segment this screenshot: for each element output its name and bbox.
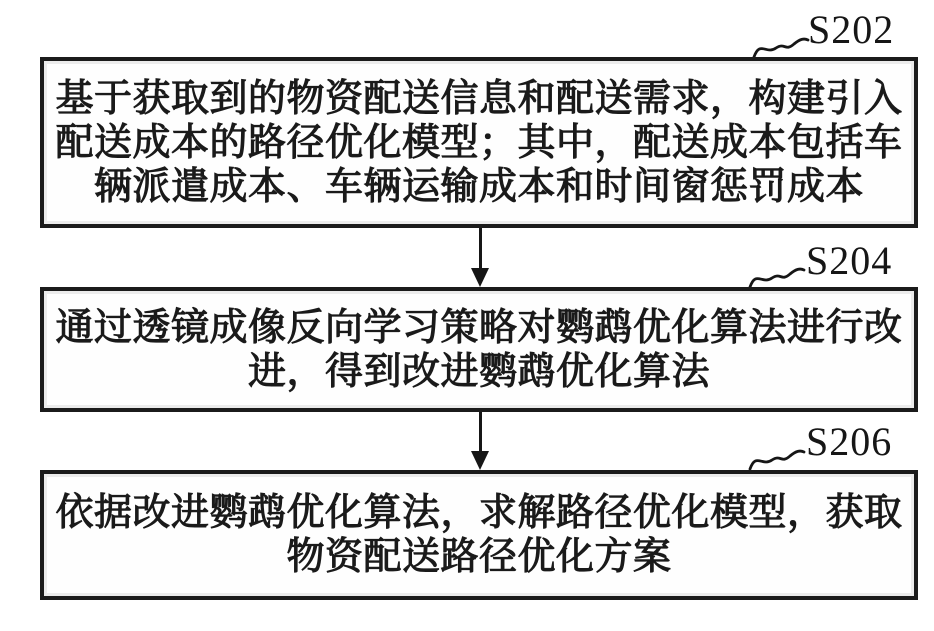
process-text-line: 进，得到改进鹦鹉优化算法 bbox=[248, 350, 710, 394]
process-text-line: 通过透镜成像反向学习策略对鹦鹉优化算法进行改 bbox=[55, 306, 902, 350]
process-text-line: 基于获取到的物资配送信息和配送需求，构建引入 bbox=[55, 77, 902, 121]
process-box-s202: 基于获取到的物资配送信息和配送需求，构建引入 配送成本的路径优化模型；其中，配送… bbox=[40, 57, 918, 228]
leader-squiggle-icon bbox=[748, 439, 806, 471]
patent-flowchart-figure: S202 基于获取到的物资配送信息和配送需求，构建引入 配送成本的路径优化模型；… bbox=[0, 0, 934, 631]
process-text-line: 辆派遣成本、车辆运输成本和时间窗惩罚成本 bbox=[94, 165, 864, 209]
process-text-line: 依据改进鹦鹉优化算法，求解路径优化模型，获取 bbox=[55, 491, 902, 535]
process-text-line: 配送成本的路径优化模型；其中，配送成本包括车 bbox=[55, 121, 902, 165]
leader-squiggle-icon bbox=[748, 257, 806, 289]
arrow-head bbox=[471, 451, 489, 470]
leader-squiggle-icon bbox=[752, 27, 810, 59]
process-box-s204: 通过透镜成像反向学习策略对鹦鹉优化算法进行改 进，得到改进鹦鹉优化算法 bbox=[40, 287, 918, 412]
flow-arrow-down-icon bbox=[471, 228, 489, 287]
step-reference-s204: S204 bbox=[806, 239, 892, 283]
flow-arrow-down-icon bbox=[471, 412, 489, 470]
arrow-head bbox=[471, 268, 489, 287]
step-reference-s202: S202 bbox=[808, 8, 894, 52]
process-text-line: 物资配送路径优化方案 bbox=[286, 535, 671, 579]
step-reference-s206: S206 bbox=[806, 420, 892, 464]
arrow-shaft bbox=[479, 412, 482, 453]
process-box-s206: 依据改进鹦鹉优化算法，求解路径优化模型，获取 物资配送路径优化方案 bbox=[40, 470, 918, 600]
arrow-shaft bbox=[479, 228, 482, 270]
